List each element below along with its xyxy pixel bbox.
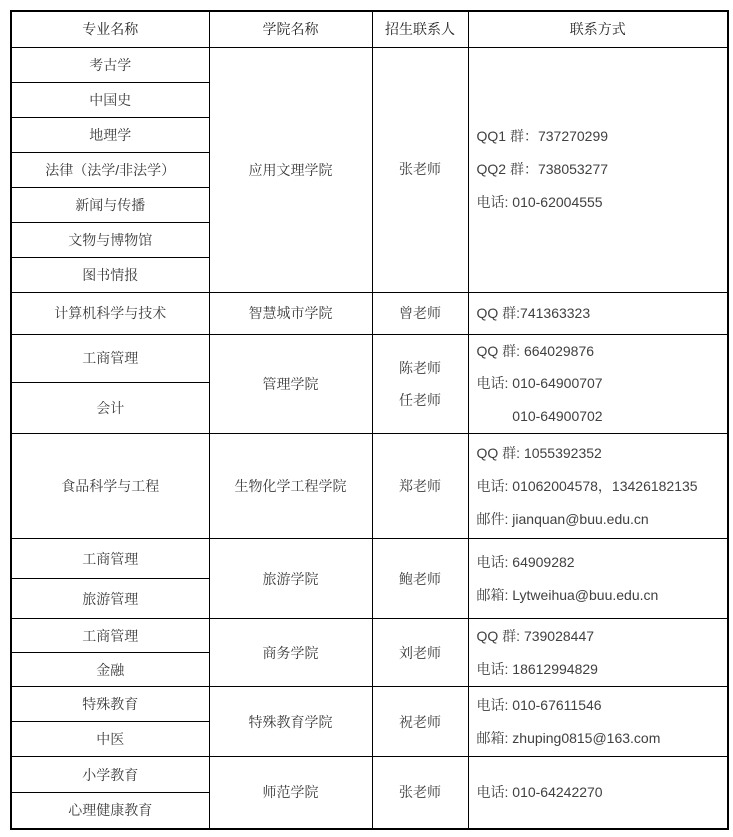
contact-person-cell: 陈老师任老师: [372, 334, 468, 434]
contact-info-line: 电话: 010-64900707: [477, 367, 724, 400]
contact-info-line: 电话: 64909282: [477, 546, 724, 579]
major-name-cell: 工商管理: [11, 619, 209, 653]
contact-info-line: 电话: 010-67611546: [477, 689, 724, 722]
table-row: 工商管理旅游学院鲍老师电话: 64909282邮箱: Lytweihua@buu…: [11, 539, 728, 579]
major-name-cell: 金融: [11, 653, 209, 687]
college-name-cell: 生物化学工程学院: [209, 434, 372, 539]
contact-info-line: QQ1 群：737270299: [477, 120, 724, 153]
college-name-cell: 应用文理学院: [209, 47, 372, 292]
column-header: 专业名称: [11, 11, 209, 47]
contact-person-name: 任老师: [373, 384, 468, 416]
contact-person-name: 鲍老师: [373, 563, 468, 595]
contact-info-cell: 电话: 010-64242270: [468, 757, 728, 829]
major-name-cell: 中医: [11, 722, 209, 757]
contact-info-line: 010-64900702: [477, 400, 724, 433]
contact-person-cell: 张老师: [372, 47, 468, 292]
major-name-cell: 工商管理: [11, 334, 209, 383]
major-name-cell: 图书情报: [11, 257, 209, 292]
header-row: 专业名称学院名称招生联系人联系方式: [11, 11, 728, 47]
contact-info-line: QQ 群: 1055392352: [477, 437, 724, 470]
contact-info-line: 邮箱: zhuping0815@163.com: [477, 722, 724, 755]
major-name-cell: 工商管理: [11, 539, 209, 579]
contact-info-line: 邮箱: Lytweihua@buu.edu.cn: [477, 579, 724, 612]
column-header: 学院名称: [209, 11, 372, 47]
column-header: 联系方式: [468, 11, 728, 47]
contact-person-name: 郑老师: [373, 470, 468, 502]
contact-info-cell: QQ 群: 739028447电话: 18612994829: [468, 619, 728, 687]
contact-info-line: QQ 群: 664029876: [477, 335, 724, 368]
major-name-cell: 计算机科学与技术: [11, 292, 209, 334]
contact-info-cell: QQ 群:741363323: [468, 292, 728, 334]
contact-person-name: 张老师: [373, 776, 468, 808]
major-name-cell: 新闻与传播: [11, 187, 209, 222]
contact-info-line: 电话: 01062004578，13426182135: [477, 470, 724, 503]
major-name-cell: 中国史: [11, 82, 209, 117]
table-row: 小学教育师范学院张老师电话: 010-64242270: [11, 757, 728, 793]
contact-person-cell: 曾老师: [372, 292, 468, 334]
contact-info-cell: 电话: 010-67611546邮箱: zhuping0815@163.com: [468, 687, 728, 757]
document-page: 专业名称学院名称招生联系人联系方式 考古学应用文理学院张老师QQ1 群：7372…: [0, 0, 733, 837]
major-name-cell: 心理健康教育: [11, 793, 209, 829]
table-row: 计算机科学与技术智慧城市学院曾老师QQ 群:741363323: [11, 292, 728, 334]
table-row: 工商管理管理学院陈老师任老师QQ 群: 664029876电话: 010-649…: [11, 334, 728, 383]
contact-info-cell: QQ1 群：737270299QQ2 群：738053277电话: 010-62…: [468, 47, 728, 292]
table-row: 考古学应用文理学院张老师QQ1 群：737270299QQ2 群：7380532…: [11, 47, 728, 82]
major-name-cell: 法律（法学/非法学）: [11, 152, 209, 187]
contact-info-line: 邮件: jianquan@buu.edu.cn: [477, 503, 724, 536]
contact-table: 专业名称学院名称招生联系人联系方式 考古学应用文理学院张老师QQ1 群：7372…: [10, 10, 729, 830]
contact-person-cell: 祝老师: [372, 687, 468, 757]
contact-info-cell: QQ 群: 664029876电话: 010-64900707 010-6490…: [468, 334, 728, 434]
major-name-cell: 地理学: [11, 117, 209, 152]
contact-person-cell: 郑老师: [372, 434, 468, 539]
table-row: 工商管理商务学院刘老师QQ 群: 739028447电话: 1861299482…: [11, 619, 728, 653]
contact-person-name: 刘老师: [373, 637, 468, 669]
major-name-cell: 会计: [11, 383, 209, 434]
contact-info-line: QQ2 群：738053277: [477, 153, 724, 186]
college-name-cell: 特殊教育学院: [209, 687, 372, 757]
contact-info-cell: QQ 群: 1055392352电话: 01062004578，13426182…: [468, 434, 728, 539]
major-name-cell: 食品科学与工程: [11, 434, 209, 539]
contact-info-line: 电话: 18612994829: [477, 653, 724, 686]
contact-person-cell: 张老师: [372, 757, 468, 829]
contact-info-line: 电话: 010-62004555: [477, 186, 724, 219]
college-name-cell: 智慧城市学院: [209, 292, 372, 334]
college-name-cell: 商务学院: [209, 619, 372, 687]
contact-info-cell: 电话: 64909282邮箱: Lytweihua@buu.edu.cn: [468, 539, 728, 619]
college-name-cell: 师范学院: [209, 757, 372, 829]
column-header: 招生联系人: [372, 11, 468, 47]
contact-person-name: 张老师: [373, 153, 468, 185]
contact-info-line: QQ 群:741363323: [477, 297, 724, 330]
college-name-cell: 旅游学院: [209, 539, 372, 619]
table-row: 食品科学与工程生物化学工程学院郑老师QQ 群: 1055392352电话: 01…: [11, 434, 728, 539]
major-name-cell: 考古学: [11, 47, 209, 82]
table-row: 特殊教育特殊教育学院祝老师电话: 010-67611546邮箱: zhuping…: [11, 687, 728, 722]
major-name-cell: 文物与博物馆: [11, 222, 209, 257]
major-name-cell: 小学教育: [11, 757, 209, 793]
major-name-cell: 特殊教育: [11, 687, 209, 722]
contact-info-line: 电话: 010-64242270: [477, 776, 724, 809]
table-body: 考古学应用文理学院张老师QQ1 群：737270299QQ2 群：7380532…: [11, 47, 728, 829]
college-name-cell: 管理学院: [209, 334, 372, 434]
contact-person-cell: 鲍老师: [372, 539, 468, 619]
contact-person-name: 陈老师: [373, 352, 468, 384]
contact-info-line: QQ 群: 739028447: [477, 620, 724, 653]
contact-person-name: 祝老师: [373, 706, 468, 738]
major-name-cell: 旅游管理: [11, 579, 209, 619]
contact-person-name: 曾老师: [373, 297, 468, 329]
contact-person-cell: 刘老师: [372, 619, 468, 687]
